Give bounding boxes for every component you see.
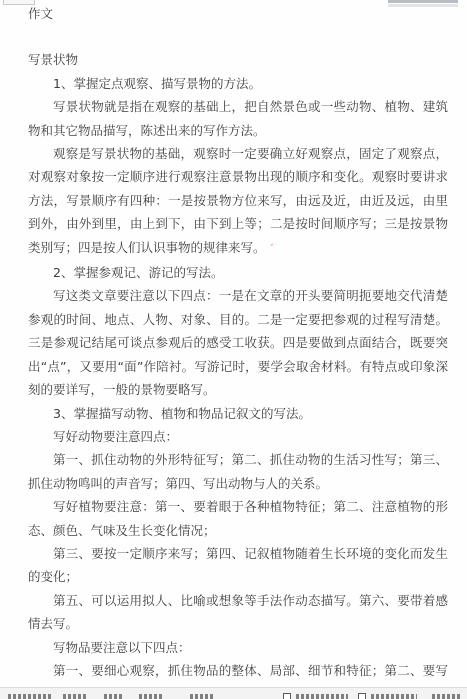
paragraph: 写物品要注意以下四点： <box>28 636 448 659</box>
statusbar-item-truncated[interactable] <box>190 694 214 699</box>
statusbar-item-truncated[interactable] <box>296 694 348 699</box>
paragraph: 1、掌握定点观察、描写景物的方法。 <box>28 72 448 95</box>
section-heading: 写景状物 <box>28 48 448 71</box>
paragraph: 写好植物要注意：第一、要着眼于各种植物特征；第二、注意植物的形态、颜色、气味及生… <box>28 495 448 542</box>
paragraph: 3、掌握描写动物、植物和物品记叙文的写法。 <box>28 402 448 425</box>
paragraph: 观察是写景状物的基础，观察时一定要确立好观察点，固定了观察点，对观察对象按一定顺… <box>28 142 448 261</box>
document-body: 作文 写景状物 1、掌握定点观察、描写景物的方法。 写景状物就是指在观察的基础上… <box>28 2 448 699</box>
status-bar <box>0 687 467 699</box>
statusbar-item-truncated[interactable] <box>432 694 460 699</box>
document-title: 作文 <box>28 2 448 25</box>
statusbar-checkbox-icon[interactable] <box>358 693 366 699</box>
statusbar-checkbox-icon[interactable] <box>283 693 291 699</box>
statusbar-item-truncated[interactable] <box>139 694 163 699</box>
paragraph: 写景状物就是指在观察的基础上，把自然景色或一些动物、植物、建筑物和其它物品描写，… <box>28 95 448 142</box>
paragraph-text: 观察是写景状物的基础，观察时一定要确立好观察点，固定了观察点，对观察对象按一定顺… <box>28 146 448 255</box>
paragraph: 写好动物要注意四点： <box>28 425 448 448</box>
statusbar-item-truncated[interactable] <box>104 694 124 699</box>
statusbar-item-truncated[interactable] <box>63 694 87 699</box>
hidden-format-mark: ˅ <box>270 244 275 254</box>
statusbar-item-truncated[interactable] <box>371 694 417 699</box>
paragraph: 第三、要按一定顺序来写；第四、记叙植物随着生长环境的变化而发生的变化； <box>28 542 448 589</box>
paragraph: 2、掌握参观记、游记的写法。 <box>28 261 448 284</box>
paragraph: 第五、可以运用拟人、比喻或想象等手法作动态描写。第六、要带着感情去写。 <box>28 589 448 636</box>
paragraph: 写这类文章要注意以下四点：一是在文章的开头要简明扼要地交代清楚参观的时间、地点、… <box>28 284 448 401</box>
document-page: 作文 写景状物 1、掌握定点观察、描写景物的方法。 写景状物就是指在观察的基础上… <box>0 0 467 699</box>
paragraph: 第一、抓住动物的外形特征写；第二、抓住动物的生活习性写；第三、抓住动物鸣叫的声音… <box>28 448 448 495</box>
statusbar-item-truncated[interactable] <box>8 694 52 699</box>
